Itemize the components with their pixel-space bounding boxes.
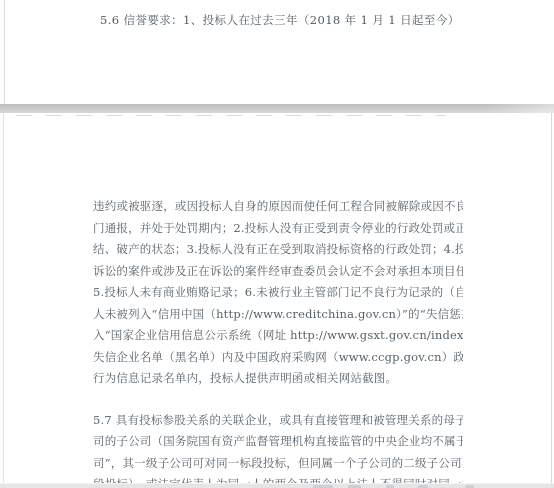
paragraph-5-6-continued: 违约或被驱逐，或因投标人自身的原因而使任何工程合同被解除或因不良业绩被行业主管部… (93, 196, 463, 390)
text-line: 司的子公司（国务院国有资产监督管理机构直接监管的中央企业均不属于本条规定的“母公 (93, 431, 463, 453)
cutoff-content-strip (0, 483, 554, 488)
page-text-block: 违约或被驱逐，或因投标人自身的原因而使任何工程合同被解除或因不良业绩被行业主管部… (93, 196, 463, 488)
page-separator (0, 104, 554, 113)
page-separator-fade (484, 104, 554, 113)
scanned-page-current: 违约或被驱逐，或因投标人自身的原因而使任何工程合同被解除或因不良业绩被行业主管部… (3, 113, 552, 483)
text-line: 5.7 具有投标参股关系的关联企业，或具有直接管理和被管理关系的母子公司，或同一… (93, 410, 463, 432)
text-line: 行为信息记录名单内，投标人提供声明函或相关网站截图。 (93, 368, 463, 390)
text-line: 诉讼的案件或涉及正在诉讼的案件经审查委员会认定不会对承担本项目任务造成重大影响； (93, 261, 463, 283)
text-line: 人未被列入“信用中国（http://www.creditchina.gov.cn… (93, 304, 463, 326)
document-viewer: 5.6 信誉要求：1、投标人在过去三年（2018 年 1 月 1 日起至今）中不… (0, 0, 554, 488)
scan-edge-artifact (16, 115, 446, 116)
text-line: 结、破产的状态；3.投标人没有正在受到取消投标资格的行政处罚；4.投标人没有涉及… (93, 239, 463, 261)
paragraph-5-7: 5.7 具有投标参股关系的关联企业，或具有直接管理和被管理关系的母子公司，或同一… (93, 410, 463, 488)
text-line: 司”，其一级子公司可对同一标段投标，但同属一个子公司的二级子公司不得同时对同一标 (93, 453, 463, 475)
text-line: 5.投标人未有商业贿赂记录；6.未被行业主管部门记不良行为记录的（自行承诺）；7… (93, 282, 463, 304)
scanned-page-previous: 5.6 信誉要求：1、投标人在过去三年（2018 年 1 月 1 日起至今）中不… (4, 0, 554, 104)
text-line-5-6-heading: 5.6 信誉要求：1、投标人在过去三年（2018 年 1 月 1 日起至今）中不… (100, 13, 454, 27)
text-line: 失信企业名单（黑名单）内及中国政府采购网（www.ccgp.gov.cn）政府采… (93, 347, 463, 369)
text-line: 入“国家企业信用信息公示系统（网址 http://www.gsxt.gov.cn… (93, 325, 463, 347)
text-line: 违约或被驱逐，或因投标人自身的原因而使任何工程合同被解除或因不良业绩被行业主管部 (93, 196, 463, 218)
text-line: 门通报，并处于处罚期内；2.投标人没有正受到责令停业的行政处罚或正处于财务被接管… (93, 218, 463, 240)
